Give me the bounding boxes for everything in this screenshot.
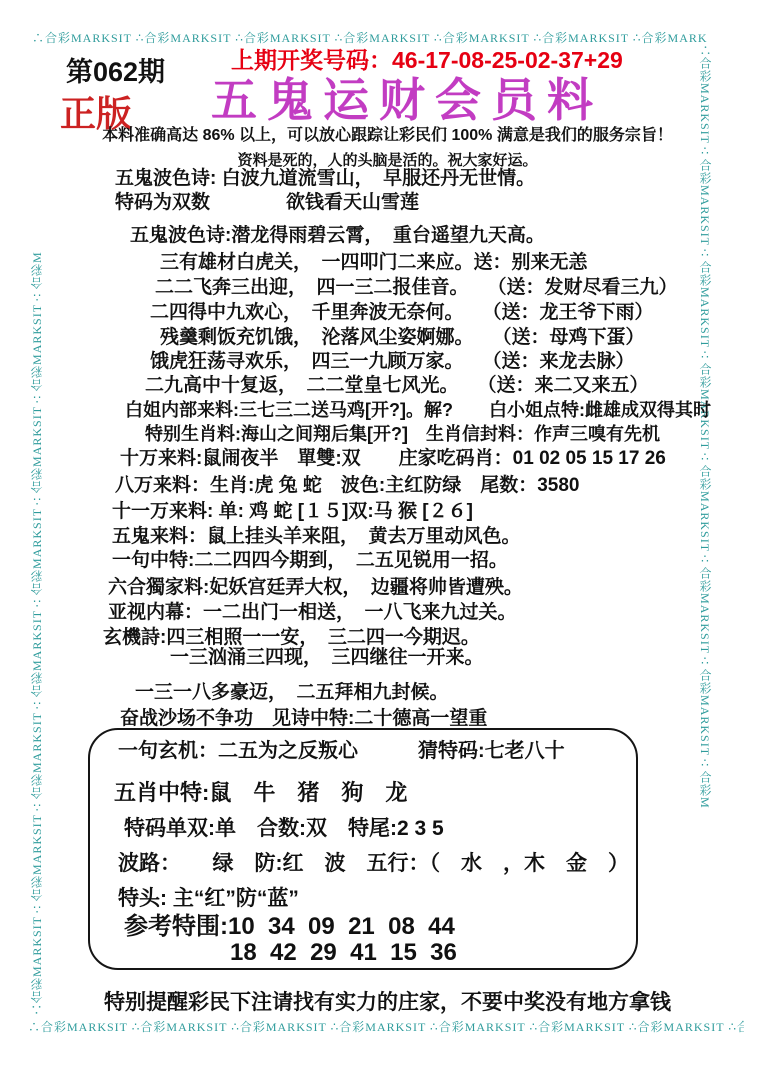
- watermark-left-border: ∴合彩MARKSIT∴合彩MARKSIT∴合彩MARKSIT∴合彩MARKSIT…: [30, 44, 46, 1016]
- box-line: 18 42 29 41 15 36: [230, 940, 636, 966]
- watermark-bottom-border: ∴合彩MARKSIT ∴合彩MARKSIT ∴合彩MARKSIT ∴合彩MARK…: [28, 1020, 744, 1036]
- text-line: 残羹剩饭充饥饿， 沦落风尘姿婀娜。 （送：母鸡下蛋）: [160, 326, 714, 349]
- text-line: 亚视内幕：一二出门一相送， 一八飞来九过关。: [108, 601, 714, 624]
- text-line: 五鬼来料：鼠上挂头羊来阻， 黄去万里动风色。: [112, 525, 714, 548]
- sheet-title: 五鬼运财会员料: [211, 64, 603, 130]
- text-line: 十一万来料: 单: 鸡 蛇 [１５]双:马 猴 [２６]: [112, 500, 714, 523]
- box-line: 一句玄机：二五为之反叛心 猜特码:七老八十: [118, 738, 636, 764]
- text-line: 二二飞奔三出迎， 四一三二报佳音。 （送：发财尽看三九）: [155, 276, 714, 299]
- box-line: 特码单双:单 合数:双 特尾:2 3 5: [124, 816, 636, 842]
- issue-number: 第062期: [66, 50, 165, 89]
- text-line: 五鬼波色诗: 白波九道流雪山， 早服还丹无世情。: [115, 167, 714, 190]
- text-line: 六合獨家料:妃妖宫廷弄大权， 边疆将帅皆遭殃。: [108, 576, 714, 599]
- text-line: 三有雄材白虎关， 一四叩门二来应。送：别来无恙: [160, 251, 714, 274]
- reminder-footer: 特别提醒彩民下注请找有实力的庄家，不要中奖没有地方拿钱: [60, 986, 715, 1016]
- text-line: 白姐内部来料:三七三二送马鸡[开?]。解? 白小姐点特:雌雄成双得其时: [125, 399, 714, 422]
- text-line: 奋战沙场不争功 见诗中特:二十德高一望重: [120, 707, 714, 730]
- text-line: 特别生肖料:海山之间翔后集[开?] 生肖信封料：作声三嗅有先机: [145, 423, 714, 446]
- text-line: 一三汹涌三四现， 三四继往一开来。: [170, 646, 714, 669]
- text-line: 一三一八多豪迈， 二五拜相九封候。: [135, 681, 714, 704]
- text-line: 八万来料：生肖:虎 兔 蛇 波色:主红防绿 尾数：3580: [115, 474, 714, 497]
- prediction-box: 一句玄机：二五为之反叛心 猜特码:七老八十 五肖中特:鼠 牛 猪 狗 龙 特码单…: [88, 728, 638, 970]
- text-line: 二四得中九欢心， 千里奔波无奈何。 （送：龙王爷下雨）: [150, 301, 714, 324]
- text-line: 特码为双数 欲钱看天山雪莲: [115, 191, 714, 214]
- box-line: 五肖中特:鼠 牛 猪 狗 龙: [114, 780, 636, 806]
- box-line: 参考特围:10 34 09 21 08 44: [124, 914, 636, 940]
- text-line: 饿虎狂荡寻欢乐， 四三一九顾万家。 （送：来龙去脉）: [150, 350, 714, 373]
- box-line: 波路： 绿 防:红 波 五行：（ 水 ，木 金 ）: [118, 851, 636, 877]
- text-line: 十万来料:鼠闹夜半 單雙:双 庄家吃码肖：01 02 05 15 17 26: [120, 447, 714, 470]
- box-line: 特头: 主“红”防“蓝”: [118, 886, 636, 912]
- lottery-tip-sheet: ∴合彩MARKSIT ∴合彩MARKSIT ∴合彩MARKSIT ∴合彩MARK…: [0, 0, 774, 1083]
- text-line: 五鬼波色诗:潜龙得雨碧云霄， 重台遥望九天高。: [130, 224, 714, 247]
- text-line: 二九高中十复返， 二二堂皇七风光。 （送：来二又来五）: [145, 374, 714, 397]
- text-line: 一句中特:二二四四今期到， 二五见锐用一招。: [112, 549, 714, 572]
- accuracy-slogan: 本料准确高达 86% 以上，可以放心跟踪让彩民们 100% 满意是我们的服务宗旨…: [60, 122, 715, 145]
- tips-section: 五鬼波色诗: 白波九道流雪山， 早服还丹无世情。 特码为双数 欲钱看天山雪莲 五…: [60, 167, 714, 730]
